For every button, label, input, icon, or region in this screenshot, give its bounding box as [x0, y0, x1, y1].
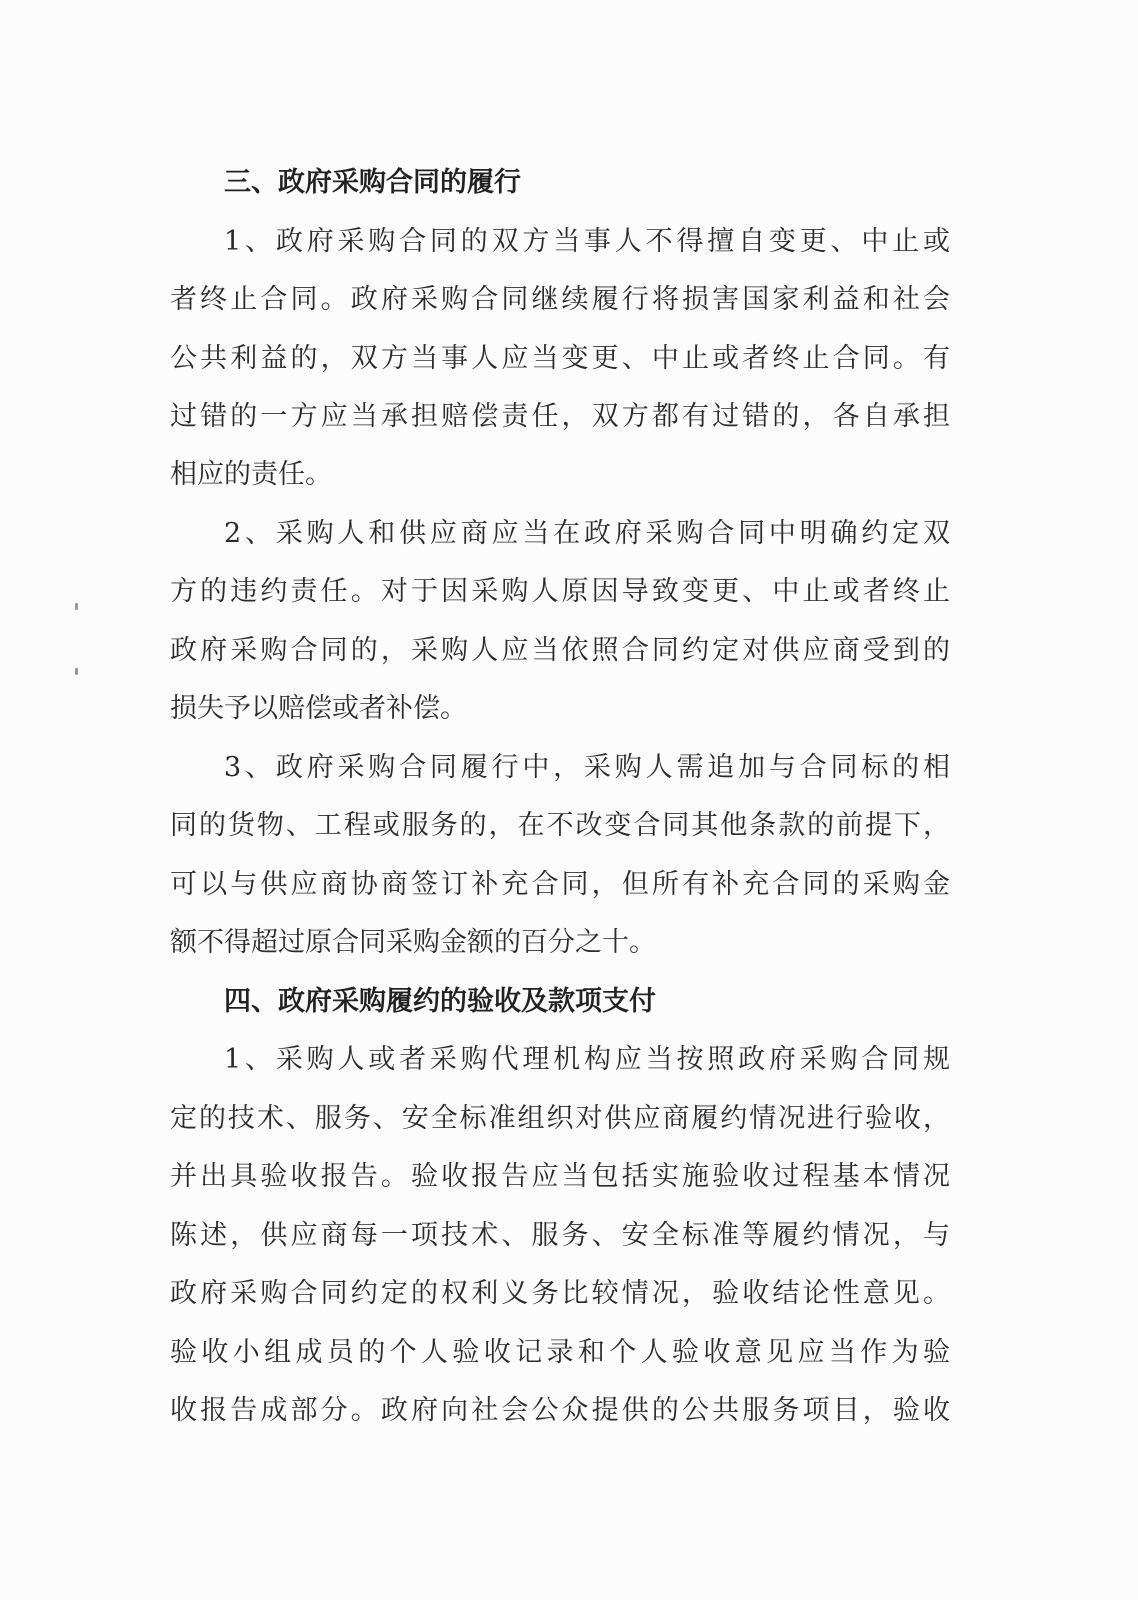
paragraph-line: 1、采购人或者采购代理机构应当按照政府采购合同规: [224, 1040, 950, 1080]
paragraph-line: 方的违约责任。对于因采购人原因导致变更、中止或者终止: [170, 572, 950, 612]
paragraph-line: 公共利益的，双方当事人应当变更、中止或者终止合同。有: [170, 339, 950, 379]
paragraph-line: 定的技术、服务、安全标准组织对供应商履约情况进行验收，: [170, 1099, 950, 1139]
paragraph-line: 陈述，供应商每一项技术、服务、安全标准等履约情况，与: [170, 1216, 950, 1256]
paragraph-line: 额不得超过原合同采购金额的百分之十。: [170, 923, 950, 963]
paragraph-line: 政府采购合同的，采购人应当依照合同约定对供应商受到的: [170, 631, 950, 671]
paragraph-line: 政府采购合同约定的权利义务比较情况，验收结论性意见。: [170, 1274, 950, 1314]
paragraph-line: 同的货物、工程或服务的，在不改变合同其他条款的前提下，: [170, 806, 950, 846]
paragraph-line: 3、政府采购合同履行中，采购人需追加与合同标的相: [224, 748, 950, 788]
paragraph-line: 1、政府采购合同的双方当事人不得擅自变更、中止或: [224, 222, 950, 262]
paragraph-line: 相应的责任。: [170, 455, 950, 495]
paragraph-line: 者终止合同。政府采购合同继续履行将损害国家利益和社会: [170, 280, 950, 320]
paragraph-line: 可以与供应商协商签订补充合同，但所有补充合同的采购金: [170, 865, 950, 905]
binding-hole-mark: [75, 668, 78, 675]
document-page: 三、政府采购合同的履行 1、政府采购合同的双方当事人不得擅自变更、中止或 者终止…: [0, 0, 1138, 1600]
paragraph-line: 损失予以赔偿或者补偿。: [170, 689, 950, 729]
paragraph-line: 收报告成部分。政府向社会公众提供的公共服务项目，验收: [170, 1391, 950, 1431]
paragraph-line: 过错的一方应当承担赔偿责任，双方都有过错的，各自承担: [170, 397, 950, 437]
section-heading-4: 四、政府采购履约的验收及款项支付: [224, 982, 1004, 1022]
section-heading-3: 三、政府采购合同的履行: [224, 163, 1004, 203]
paragraph-line: 2、采购人和供应商应当在政府采购合同中明确约定双: [224, 514, 950, 554]
paragraph-line: 并出具验收报告。验收报告应当包括实施验收过程基本情况: [170, 1157, 950, 1197]
paragraph-line: 验收小组成员的个人验收记录和个人验收意见应当作为验: [170, 1333, 950, 1373]
binding-hole-mark: [75, 603, 78, 610]
